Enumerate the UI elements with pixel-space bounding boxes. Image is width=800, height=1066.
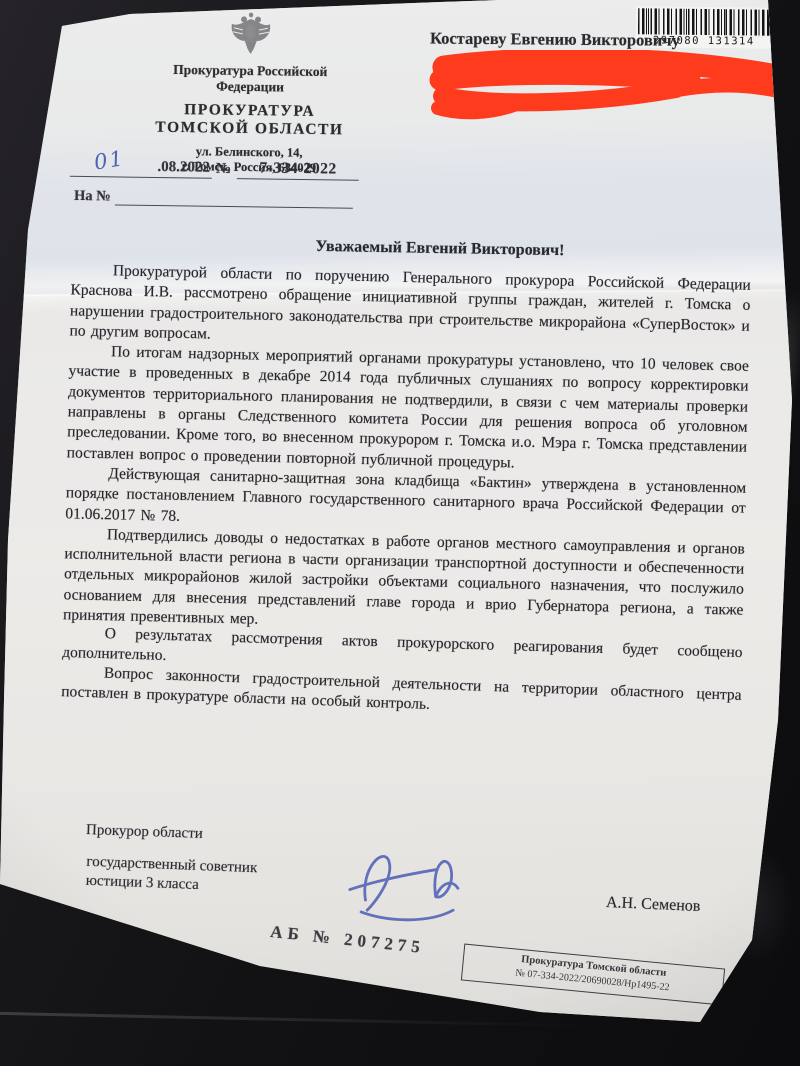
reply-underline [115,186,353,208]
paragraph: По итогам надзорных мероприятий органами… [67,342,750,479]
addressee-name: Костареву Евгению Викторовичу [430,29,770,52]
letter-body: Прокуратурой области по поручению Генера… [61,260,751,722]
number-sign: № [216,161,231,178]
reference-row: 01 .08.2022 № 7-334-2022 [70,152,390,181]
table-seam [0,1012,580,1027]
photo-of-letter: Прокуратура Российской Федерации ПРОКУРА… [0,0,800,1066]
letterhead-name-line2: ТОМСКОЙ ОБЛАСТИ [117,118,381,140]
paragraph: Прокуратурой области по поручению Генера… [69,260,751,357]
outgoing-number: 7-334-2022 [237,159,359,181]
registration-stamp: Прокуратура Томской области № 07-334-202… [461,944,725,1006]
salutation: Уважаемый Евгений Викторович! [230,236,650,261]
handwritten-date: 01 [92,146,126,175]
russia-coat-of-arms-icon [225,10,278,57]
reply-reference-row: На № [74,186,374,209]
signer-name: А.Н. Семенов [606,894,701,916]
signature-scribble [328,835,511,936]
letterhead: Прокуратура Российской Федерации ПРОКУРА… [117,8,383,177]
letter-page: Прокуратура Российской Федерации ПРОКУРА… [0,0,800,1066]
paragraph: Подтвердились доводы о недостатках в раб… [63,524,745,641]
printed-date: .08.2022 [157,159,210,177]
redaction-scribble [428,50,796,122]
signer-position: Прокурор области [86,822,203,843]
signer-rank: государственный советник юстиции 3 класс… [85,853,257,898]
reply-label: На № [74,188,111,206]
letterhead-org-line2: Федерации [118,77,382,96]
date-underline: 01 .08.2022 [70,152,212,179]
